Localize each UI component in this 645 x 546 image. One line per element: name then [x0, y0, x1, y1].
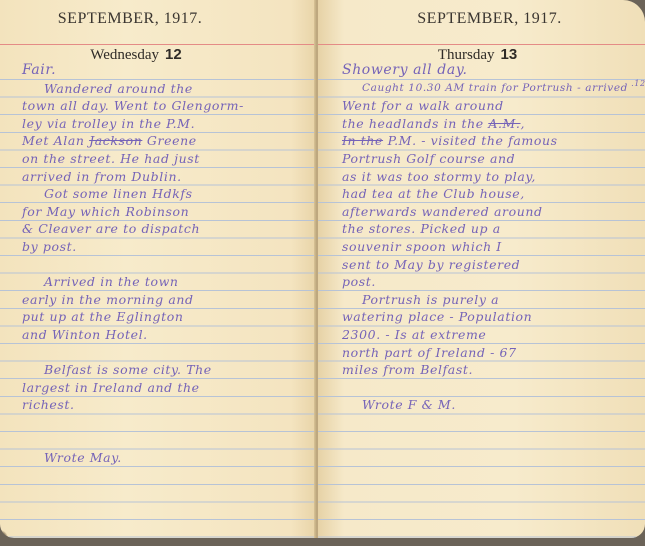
line-text: post. [342, 274, 376, 289]
handwritten-line: & Cleaver are to dispatch [0, 220, 316, 238]
line-text: sent to May by registered [342, 257, 520, 272]
line-text: souvenir spoon which I [342, 239, 502, 254]
red-margin-line [318, 44, 645, 45]
handwritten-line: Got some linen Hdkfs [0, 185, 316, 203]
month-header: SEPTEMBER, 1917. [0, 10, 288, 28]
line-text: had tea at the Club house, [342, 186, 525, 201]
handwritten-line: for May which Robinson [0, 203, 316, 221]
handwritten-line: Portrush Golf course and [318, 150, 645, 168]
handwritten-line [318, 379, 645, 397]
margin-note: .1230 [628, 79, 645, 88]
handwritten-line: Went for a walk around [318, 97, 645, 115]
handwritten-line [0, 344, 316, 362]
handwritten-line: by post. [0, 238, 316, 256]
handwritten-line: In the P.M. - visited the famous [318, 132, 645, 150]
handwritten-line [0, 431, 316, 449]
day-number: 12 [165, 46, 182, 63]
handwritten-line: arrived in from Dublin. [0, 168, 316, 186]
handwritten-line: 2300. - Is at extreme [318, 326, 645, 344]
line-text: watering place - Population [342, 309, 532, 324]
line-text: put up at the Eglington [22, 309, 184, 324]
handwritten-line: miles from Belfast. [318, 361, 645, 379]
handwritten-line: the headlands in the A.M., [318, 115, 645, 133]
struck-text: In the [342, 133, 383, 148]
handwritten-line: largest in Ireland and the [0, 379, 316, 397]
handwritten-line: Belfast is some city. The [0, 361, 316, 379]
line-text: north part of Ireland - 67 [342, 345, 517, 360]
handwritten-line: the stores. Picked up a [318, 220, 645, 238]
handwritten-line: afterwards wandered around [318, 203, 645, 221]
line-text: , [521, 116, 526, 131]
handwritten-line: put up at the Eglington [0, 308, 316, 326]
line-text: the stores. Picked up a [342, 221, 501, 236]
line-text: Went for a walk around [342, 98, 504, 113]
day-number: 13 [500, 46, 517, 63]
line-text: richest. [22, 397, 75, 412]
line-text: Wandered around the [44, 81, 193, 96]
left-page: SEPTEMBER, 1917. Wednesday12 Fair.Wander… [0, 0, 316, 538]
line-text: the headlands in the [342, 116, 488, 131]
handwritten-line: richest. [0, 396, 316, 414]
right-page: SEPTEMBER, 1917. Thursday13 Showery all … [318, 0, 645, 538]
line-text: Portrush is purely a [362, 292, 499, 307]
line-text: Wrote May. [44, 450, 122, 465]
handwritten-line: Wrote F & M. [318, 396, 645, 414]
handwritten-entry: Showery all day.Caught 10.30 AM train fo… [318, 62, 645, 414]
handwritten-line: Wrote May. [0, 449, 316, 467]
line-text: by post. [22, 239, 77, 254]
line-text: for May which Robinson [22, 204, 189, 219]
line-text: P.M. - visited the famous [383, 133, 558, 148]
handwritten-line: post. [318, 273, 645, 291]
line-text: Fair. [22, 62, 56, 78]
struck-text: Jackson [89, 133, 142, 148]
line-text: Wrote F & M. [362, 397, 456, 412]
line-text: Arrived in the town [44, 274, 179, 289]
weekday-label: Wednesday [90, 47, 159, 63]
red-margin-line [0, 44, 316, 45]
handwritten-line: souvenir spoon which I [318, 238, 645, 256]
handwritten-line: on the street. He had just [0, 150, 316, 168]
line-text: afterwards wandered around [342, 204, 543, 219]
struck-text: A.M. [488, 116, 520, 131]
handwritten-line [0, 414, 316, 432]
handwritten-line: sent to May by registered [318, 256, 645, 274]
handwritten-line: and Winton Hotel. [0, 326, 316, 344]
handwritten-line: early in the morning and [0, 291, 316, 309]
line-text: ley via trolley in the P.M. [22, 116, 195, 131]
line-text: arrived in from Dublin. [22, 169, 182, 184]
line-text: miles from Belfast. [342, 362, 473, 377]
line-text: Portrush Golf course and [342, 151, 515, 166]
line-text: on the street. He had just [22, 151, 200, 166]
handwritten-line: Portrush is purely a [318, 291, 645, 309]
line-text: early in the morning and [22, 292, 194, 307]
line-text: and Winton Hotel. [22, 327, 148, 342]
handwritten-line: Wandered around the [0, 80, 316, 98]
handwritten-line [0, 256, 316, 274]
handwritten-line: had tea at the Club house, [318, 185, 645, 203]
handwritten-line: watering place - Population [318, 308, 645, 326]
handwritten-line: Fair. [0, 62, 316, 80]
handwritten-line: as it was too stormy to play, [318, 168, 645, 186]
line-text: Showery all day. [342, 62, 468, 78]
line-text: town all day. Went to Glengorm- [22, 98, 244, 113]
month-header: SEPTEMBER, 1917. [326, 10, 645, 28]
line-text: largest in Ireland and the [22, 380, 200, 395]
handwritten-line: Arrived in the town [0, 273, 316, 291]
line-text: Belfast is some city. The [44, 362, 212, 377]
diary-spread: SEPTEMBER, 1917. Wednesday12 Fair.Wander… [0, 0, 645, 538]
weekday-label: Thursday [438, 47, 495, 63]
handwritten-entry: Fair.Wandered around thetown all day. We… [0, 62, 316, 467]
line-text: Greene [142, 133, 196, 148]
handwritten-line: ley via trolley in the P.M. [0, 115, 316, 133]
handwritten-line: Showery all day. [318, 62, 645, 80]
line-text: Caught 10.30 AM train for Portrush - arr… [362, 82, 628, 94]
handwritten-line: Met Alan Jackson Greene [0, 132, 316, 150]
line-text: Got some linen Hdkfs [44, 186, 193, 201]
line-text: as it was too stormy to play, [342, 169, 536, 184]
page-corner [0, 524, 18, 538]
handwritten-line: town all day. Went to Glengorm- [0, 97, 316, 115]
handwritten-line: north part of Ireland - 67 [318, 344, 645, 362]
line-text: & Cleaver are to dispatch [22, 221, 200, 236]
line-text: Met Alan [22, 133, 89, 148]
handwritten-line: Caught 10.30 AM train for Portrush - arr… [318, 80, 645, 98]
line-text: 2300. - Is at extreme [342, 327, 486, 342]
